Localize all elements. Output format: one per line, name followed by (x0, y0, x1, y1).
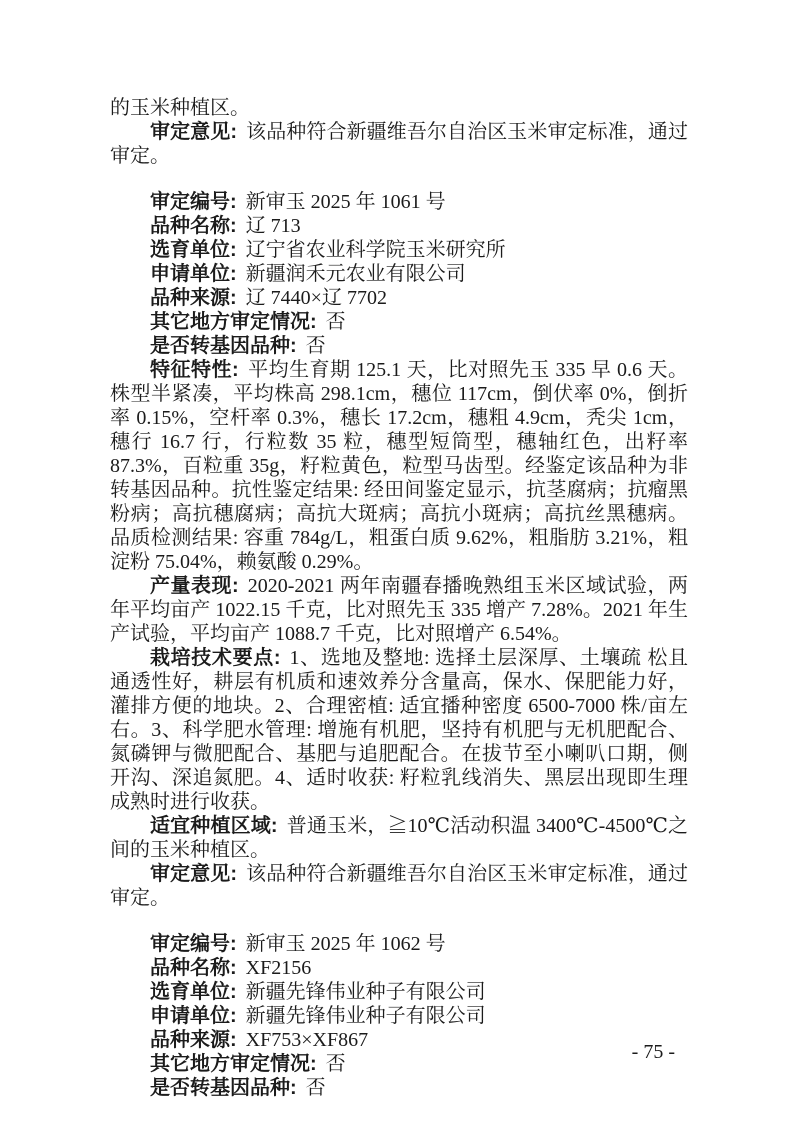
field-label: 品种来源: (150, 287, 237, 309)
field-row-other-certification: 其它地方审定情况:否 (110, 1052, 688, 1076)
paragraph-label: 栽培技术要点: (150, 647, 281, 669)
field-value: 辽 713 (246, 215, 301, 237)
blank-line (110, 168, 688, 190)
field-row-variety-source: 品种来源:辽 7440×辽 7702 (110, 286, 688, 310)
field-label: 选育单位: (150, 239, 237, 261)
opinion-label: 审定意见: (150, 121, 237, 143)
field-label: 是否转基因品种: (150, 1077, 297, 1099)
field-value: 新疆先锋伟业种子有限公司 (246, 981, 486, 1003)
page-content: 的玉米种植区。 审定意见:该品种符合新疆维吾尔自治区玉米审定标准，通过审定。 审… (110, 96, 688, 1100)
document-page: 的玉米种植区。 审定意见:该品种符合新疆维吾尔自治区玉米审定标准，通过审定。 审… (0, 0, 793, 1122)
field-value: XF753×XF867 (246, 1029, 368, 1051)
field-label: 申请单位: (150, 263, 237, 285)
field-row-variety-source: 品种来源:XF753×XF867 (110, 1028, 688, 1052)
field-label: 审定编号: (150, 933, 237, 955)
carryover-opinion-line: 审定意见:该品种符合新疆维吾尔自治区玉米审定标准，通过审定。 (110, 120, 688, 168)
field-row-variety-name: 品种名称:XF2156 (110, 956, 688, 980)
field-row-variety-name: 品种名称:辽 713 (110, 214, 688, 238)
field-value: 新审玉 2025 年 1062 号 (246, 933, 446, 955)
carryover-tail-line: 的玉米种植区。 (110, 96, 688, 120)
field-row-certification-number: 审定编号:新审玉 2025 年 1062 号 (110, 932, 688, 956)
paragraph-characteristics: 特征特性:平均生育期 125.1 天，比对照先玉 335 早 0.6 天。株型半… (110, 358, 688, 574)
paragraph-yield-performance: 产量表现:2020-2021 两年南疆春播晚熟组玉米区域试验，两年平均亩产 10… (110, 574, 688, 646)
paragraph-text: 1、选地及整地: 选择土层深厚、土壤疏 松且通透性好，耕层有机质和速效养分含量高… (110, 647, 688, 813)
field-row-gmo-status: 是否转基因品种:否 (110, 334, 688, 358)
field-row-applicant-unit: 申请单位:新疆先锋伟业种子有限公司 (110, 1004, 688, 1028)
field-value: 否 (326, 311, 346, 333)
field-value: 辽宁省农业科学院玉米研究所 (246, 239, 506, 261)
field-value: 否 (326, 1053, 346, 1075)
field-value: 否 (306, 1077, 326, 1099)
field-row-gmo-status: 是否转基因品种:否 (110, 1076, 688, 1100)
paragraph-label: 适宜种植区域: (150, 815, 278, 837)
paragraph-certification-opinion: 审定意见:该品种符合新疆维吾尔自治区玉米审定标准，通过审定。 (110, 862, 688, 910)
field-label: 选育单位: (150, 981, 237, 1003)
paragraph-label: 审定意见: (150, 863, 237, 885)
field-label: 其它地方审定情况: (150, 311, 317, 333)
paragraph-label: 特征特性: (150, 359, 239, 381)
paragraph-cultivation-techniques: 栽培技术要点:1、选地及整地: 选择土层深厚、土壤疏 松且通透性好，耕层有机质和… (110, 646, 688, 814)
field-row-applicant-unit: 申请单位:新疆润禾元农业有限公司 (110, 262, 688, 286)
field-row-certification-number: 审定编号:新审玉 2025 年 1061 号 (110, 190, 688, 214)
field-row-breeding-unit: 选育单位:新疆先锋伟业种子有限公司 (110, 980, 688, 1004)
field-label: 审定编号: (150, 191, 237, 213)
field-value: 否 (306, 335, 326, 357)
field-label: 品种名称: (150, 215, 237, 237)
paragraph-suitable-region: 适宜种植区域:普通玉米，≧10℃活动积温 3400℃-4500℃之间的玉米种植区… (110, 814, 688, 862)
field-value: XF2156 (246, 957, 312, 979)
paragraph-label: 产量表现: (150, 575, 239, 597)
field-row-other-certification: 其它地方审定情况:否 (110, 310, 688, 334)
field-label: 品种名称: (150, 957, 237, 979)
field-label: 是否转基因品种: (150, 335, 297, 357)
field-value: 辽 7440×辽 7702 (246, 287, 387, 309)
paragraph-text: 平均生育期 125.1 天，比对照先玉 335 早 0.6 天。株型半紧凑，平均… (110, 359, 688, 573)
page-number: - 75 - (632, 1040, 675, 1064)
field-value: 新疆先锋伟业种子有限公司 (246, 1005, 486, 1027)
field-label: 申请单位: (150, 1005, 237, 1027)
field-label: 其它地方审定情况: (150, 1053, 317, 1075)
field-row-breeding-unit: 选育单位:辽宁省农业科学院玉米研究所 (110, 238, 688, 262)
field-label: 品种来源: (150, 1029, 237, 1051)
field-value: 新审玉 2025 年 1061 号 (246, 191, 446, 213)
blank-line (110, 910, 688, 932)
field-value: 新疆润禾元农业有限公司 (246, 263, 466, 285)
